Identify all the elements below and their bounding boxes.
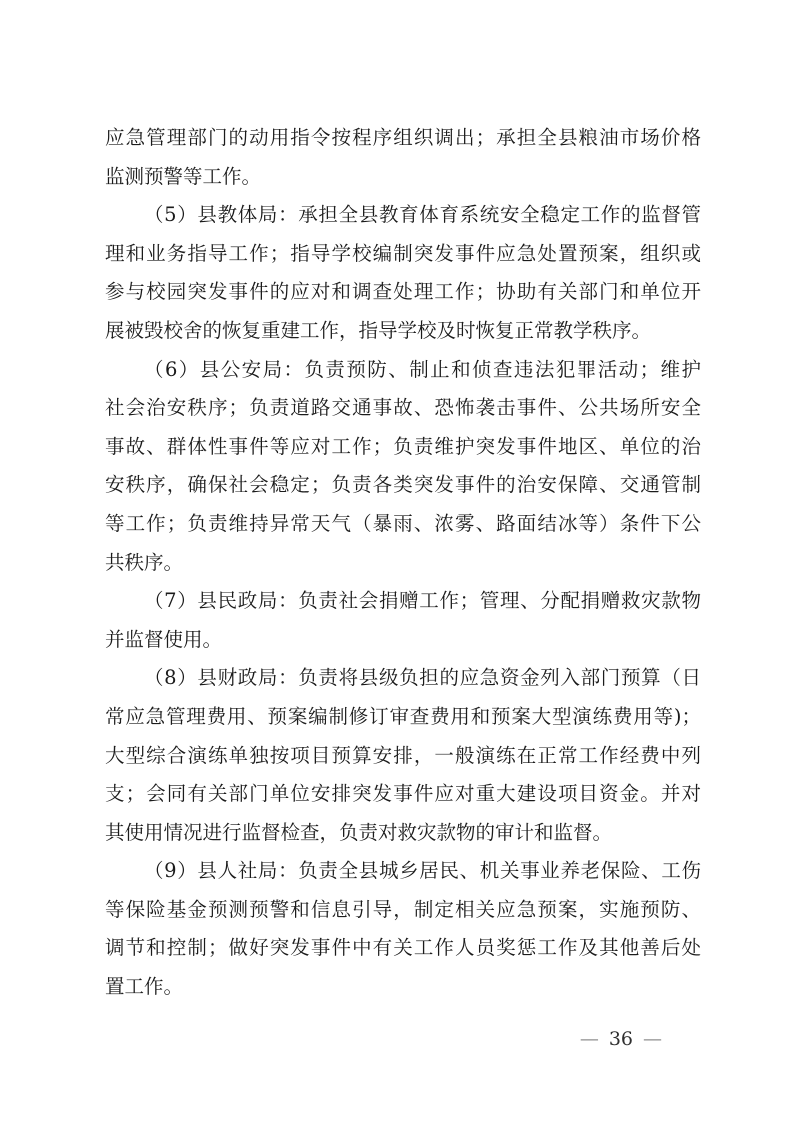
- page-number: —36—: [0, 1027, 662, 1051]
- text-line: （8）县财政局：负责将县级负担的应急资金列入部门预算（日: [105, 659, 701, 698]
- paragraph-item-6: （6）县公安局：负责预防、制止和侦查违法犯罪活动；维护 社会治安秩序；负责道路交…: [105, 351, 701, 583]
- paragraph-item-9: （9）县人社局：负责全县城乡居民、机关事业养老保险、工伤 等保险基金预测预警和信…: [105, 852, 701, 1006]
- text-line: （5）县教体局：承担全县教育体育系统安全稳定工作的监督管: [105, 196, 701, 235]
- text-line: 调节和控制；做好突发事件中有关工作人员奖惩工作及其他善后处: [105, 929, 701, 968]
- text-line: 等保险基金预测预警和信息引导，制定相关应急预案，实施预防、: [105, 891, 701, 930]
- paragraph-item-7: （7）县民政局：负责社会捐赠工作；管理、分配捐赠救灾款物 并监督使用。: [105, 582, 701, 659]
- paragraph-item-8: （8）县财政局：负责将县级负担的应急资金列入部门预算（日 常应急管理费用、预案编…: [105, 659, 701, 852]
- document-page: 应急管理部门的动用指令按程序组织调出；承担全县粮油市场价格 监测预警等工作。 （…: [0, 0, 793, 1122]
- text-line: 监测预警等工作。: [105, 158, 701, 197]
- text-line: （7）县民政局：负责社会捐赠工作；管理、分配捐赠救灾款物: [105, 582, 701, 621]
- text-line: 并监督使用。: [105, 621, 701, 660]
- page-number-value: 36: [609, 1028, 633, 1050]
- text-line: 大型综合演练单独按项目预算安排，一般演练在正常工作经费中列: [105, 737, 701, 776]
- paragraph-item-5: （5）县教体局：承担全县教育体育系统安全稳定工作的监督管 理和业务指导工作；指导…: [105, 196, 701, 350]
- text-line: 置工作。: [105, 968, 701, 1007]
- text-line: （6）县公安局：负责预防、制止和侦查违法犯罪活动；维护: [105, 351, 701, 390]
- text-line: 其使用情况进行监督检查，负责对救灾款物的审计和监督。: [105, 814, 701, 853]
- text-line: 参与校园突发事件的应对和调查处理工作；协助有关部门和单位开: [105, 273, 701, 312]
- paragraph-continuation: 应急管理部门的动用指令按程序组织调出；承担全县粮油市场价格 监测预警等工作。: [105, 119, 701, 196]
- text-line: 安秩序，确保社会稳定；负责各类突发事件的治安保障、交通管制: [105, 466, 701, 505]
- text-line: （9）县人社局：负责全县城乡居民、机关事业养老保险、工伤: [105, 852, 701, 891]
- text-line: 展被毁校舍的恢复重建工作，指导学校及时恢复正常教学秩序。: [105, 312, 701, 351]
- text-line: 事故、群体性事件等应对工作；负责维护突发事件地区、单位的治: [105, 428, 701, 467]
- text-line: 等工作；负责维持异常天气（暴雨、浓雾、路面结冰等）条件下公: [105, 505, 701, 544]
- text-line: 共秩序。: [105, 544, 701, 583]
- page-number-dash-right: —: [643, 1028, 662, 1050]
- text-line: 常应急管理费用、预案编制修订审查费用和预案大型演练费用等)；: [105, 698, 701, 737]
- text-line: 理和业务指导工作；指导学校编制突发事件应急处置预案，组织或: [105, 235, 701, 274]
- text-line: 社会治安秩序；负责道路交通事故、恐怖袭击事件、公共场所安全: [105, 389, 701, 428]
- document-body: 应急管理部门的动用指令按程序组织调出；承担全县粮油市场价格 监测预警等工作。 （…: [105, 119, 701, 1007]
- text-line: 应急管理部门的动用指令按程序组织调出；承担全县粮油市场价格: [105, 119, 701, 158]
- text-line: 支；会同有关部门单位安排突发事件应对重大建设项目资金。并对: [105, 775, 701, 814]
- page-number-dash-left: —: [580, 1028, 599, 1050]
